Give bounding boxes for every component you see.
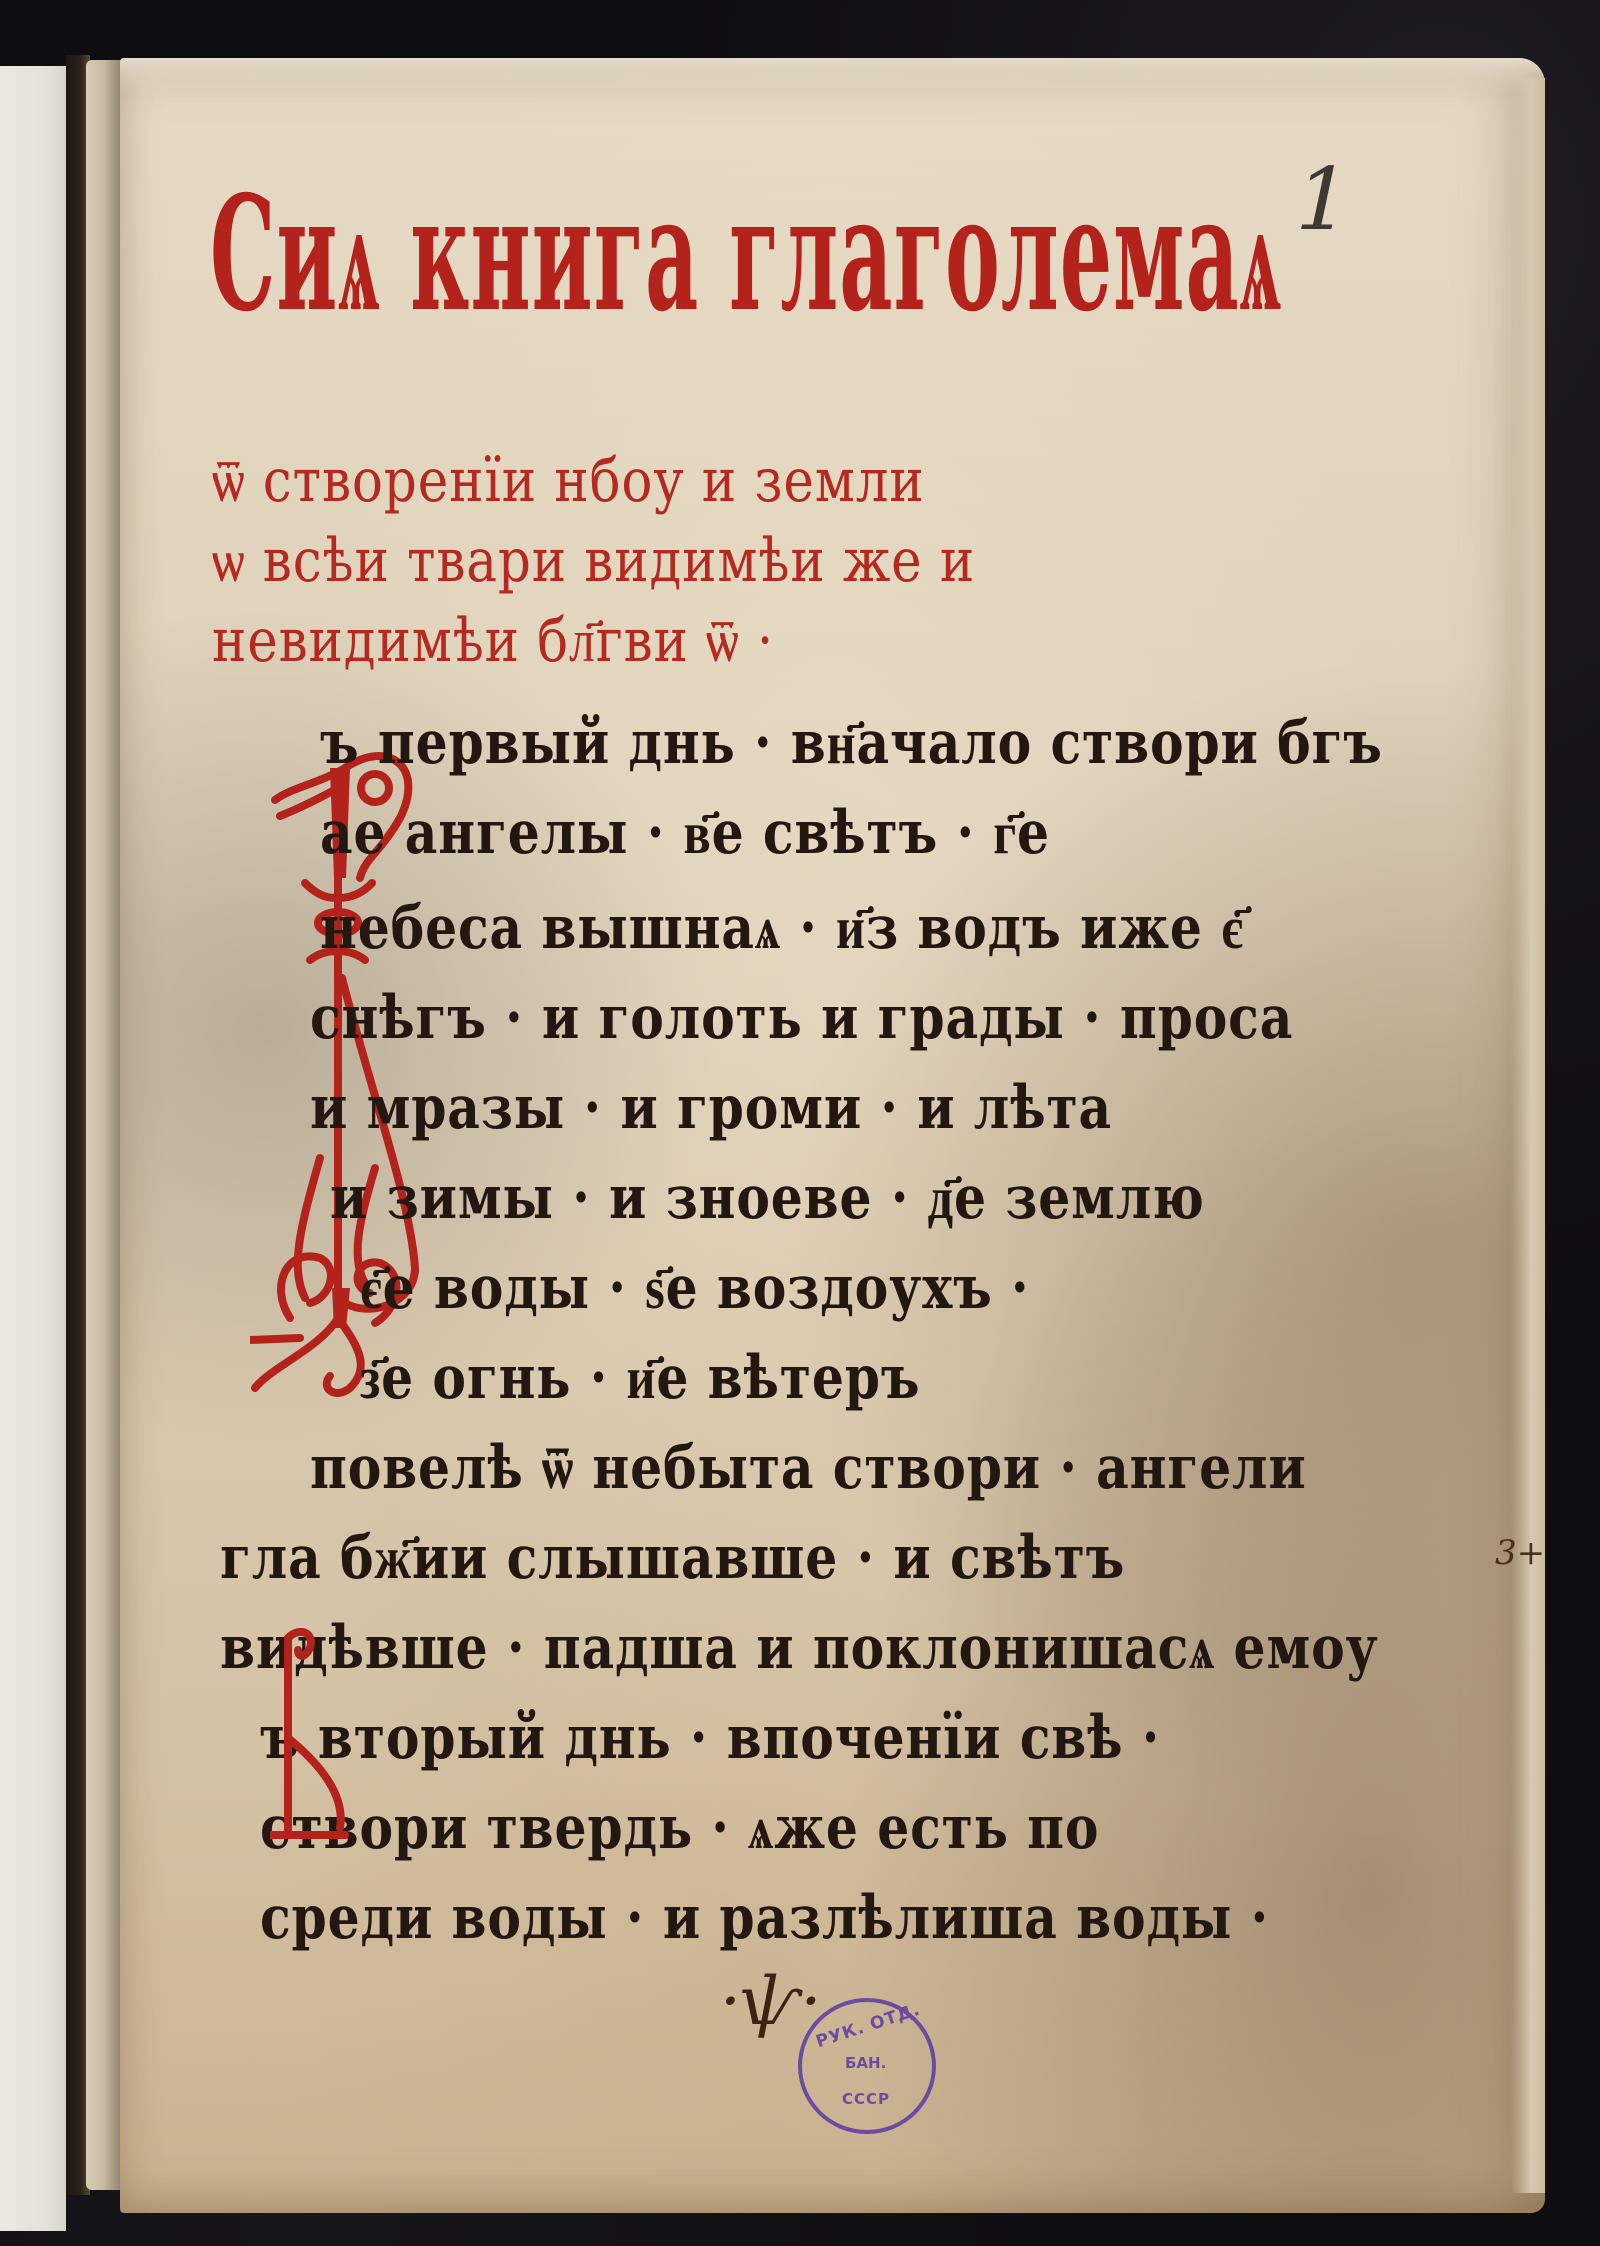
text-line: з҃е огнь · и҃е вѣтеръ (360, 1343, 920, 1413)
text-line: видѣвше · падша и поклонишасѧ емоу (220, 1613, 1379, 1683)
stamp-center-text: БАН. (845, 2054, 886, 2072)
stamp-bottom-text: СССР (842, 2090, 890, 2108)
red-initial-icon (270, 1628, 360, 1848)
text-line: среди воды · и разлѣлиша воды · (260, 1883, 1269, 1953)
margin-note: 3+ (1495, 1533, 1545, 1573)
folio-number: 1 (1284, 150, 1360, 250)
text-line: и мразы · и громи · и лѣта (310, 1073, 1112, 1143)
title-rubric: Сиѧ книга глаголемаѧ (210, 176, 751, 334)
page-edge-right (1511, 78, 1545, 2193)
text-line: и зимы · и зноеве · д҃е землю (330, 1163, 1205, 1233)
text-line: створи твердь · ѧже есть по (260, 1793, 1099, 1863)
rubric-line: ѿ створенїи нбоу и земли (212, 446, 925, 516)
rubric-line: ѡ всѣи твари видимѣи же и (212, 526, 975, 596)
text-line: снѣгъ · и голоть и грады · проса (310, 983, 1293, 1053)
stamp-top-text: РУК. ОТД. (814, 2000, 923, 2053)
text-line: ае ангелы · в҃е свѣтъ · г҃е (320, 798, 1050, 868)
page-edge-top (120, 58, 1545, 94)
catchword: ·ѱ· (720, 1963, 822, 2040)
adjacent-endpaper (0, 66, 66, 2231)
text-line: є҃е воды · ѕ҃е воздоухъ · (360, 1253, 1029, 1323)
text-line: гла бж҃ии слышавше · и свѣтъ (220, 1523, 1125, 1593)
rubric-line: невидимѣи бл҃гви ѿ · (212, 606, 774, 676)
text-line: повелѣ ѿ небыта створи · ангели (310, 1433, 1307, 1503)
library-stamp: РУК. ОТД. БАН. СССР (798, 1998, 936, 2134)
text-line: ъ вторый днь · впоченїи свѣ · (260, 1703, 1160, 1773)
text-line: небеса вышнаѧ · и҃з водъ иже є҃ (320, 893, 1244, 963)
text-line: ъ первый днь · вн҃ачало створи бгъ (320, 708, 1383, 778)
manuscript-page: 1 Сиѧ книга глаголемаѧ ѿ створенїи нбоу … (120, 58, 1545, 2213)
